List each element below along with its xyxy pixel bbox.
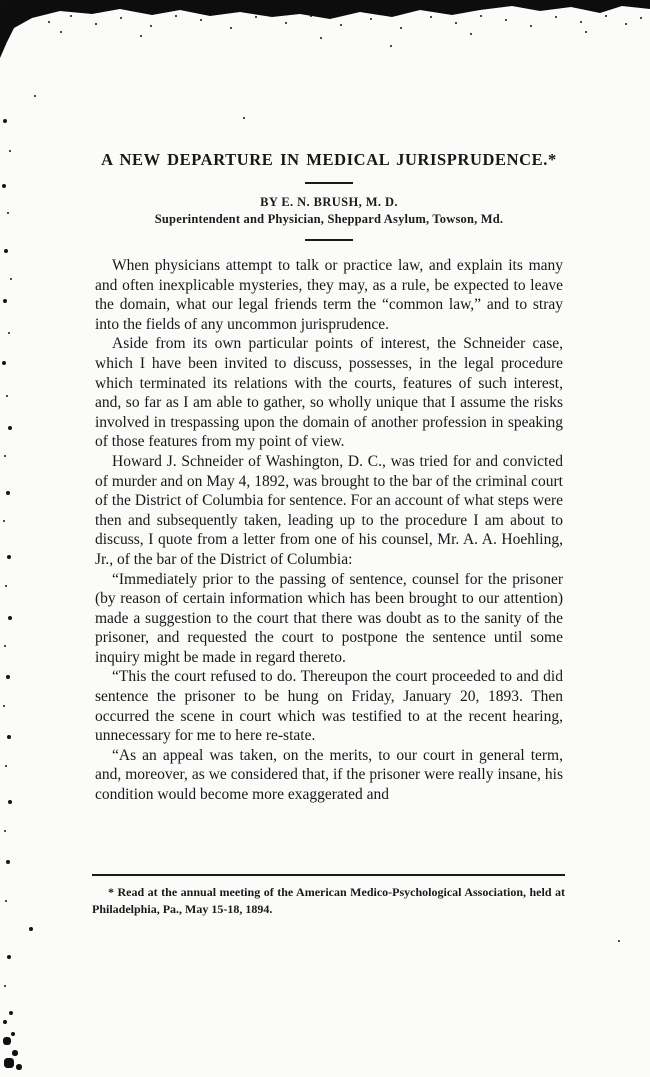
footnote: * Read at the annual meeting of the Amer… (92, 874, 565, 917)
article-title: A NEW DEPARTURE IN MEDICAL JURISPRUDENCE… (95, 150, 563, 170)
paragraph: When physicians attempt to talk or pract… (95, 256, 563, 334)
paragraph: “Immediately prior to the passing of sen… (95, 570, 563, 668)
footnote-rule (92, 874, 565, 876)
article-body: When physicians attempt to talk or pract… (95, 256, 563, 805)
scan-speckles-left (0, 0, 2, 2)
footnote-text: * Read at the annual meeting of the Amer… (92, 884, 565, 917)
byline-divider (305, 239, 353, 241)
byline: BY E. N. BRUSH, M. D. (95, 195, 563, 210)
footnote-body: Read at the annual meeting of the Americ… (92, 885, 565, 916)
paragraph: “As an appeal was taken, on the merits, … (95, 746, 563, 805)
footnote-marker: * (108, 885, 114, 899)
paragraph: Howard J. Schneider of Washington, D. C.… (95, 452, 563, 570)
affiliation: Superintendent and Physician, Sheppard A… (95, 212, 563, 227)
scan-edge-top (0, 0, 650, 60)
paragraph: Aside from its own particular points of … (95, 334, 563, 452)
title-divider (305, 182, 353, 184)
article: A NEW DEPARTURE IN MEDICAL JURISPRUDENCE… (95, 150, 563, 1077)
scanned-document-page: { "article": { "title": "A NEW DEPARTURE… (0, 0, 650, 1077)
paragraph: “This the court refused to do. Thereupon… (95, 667, 563, 745)
